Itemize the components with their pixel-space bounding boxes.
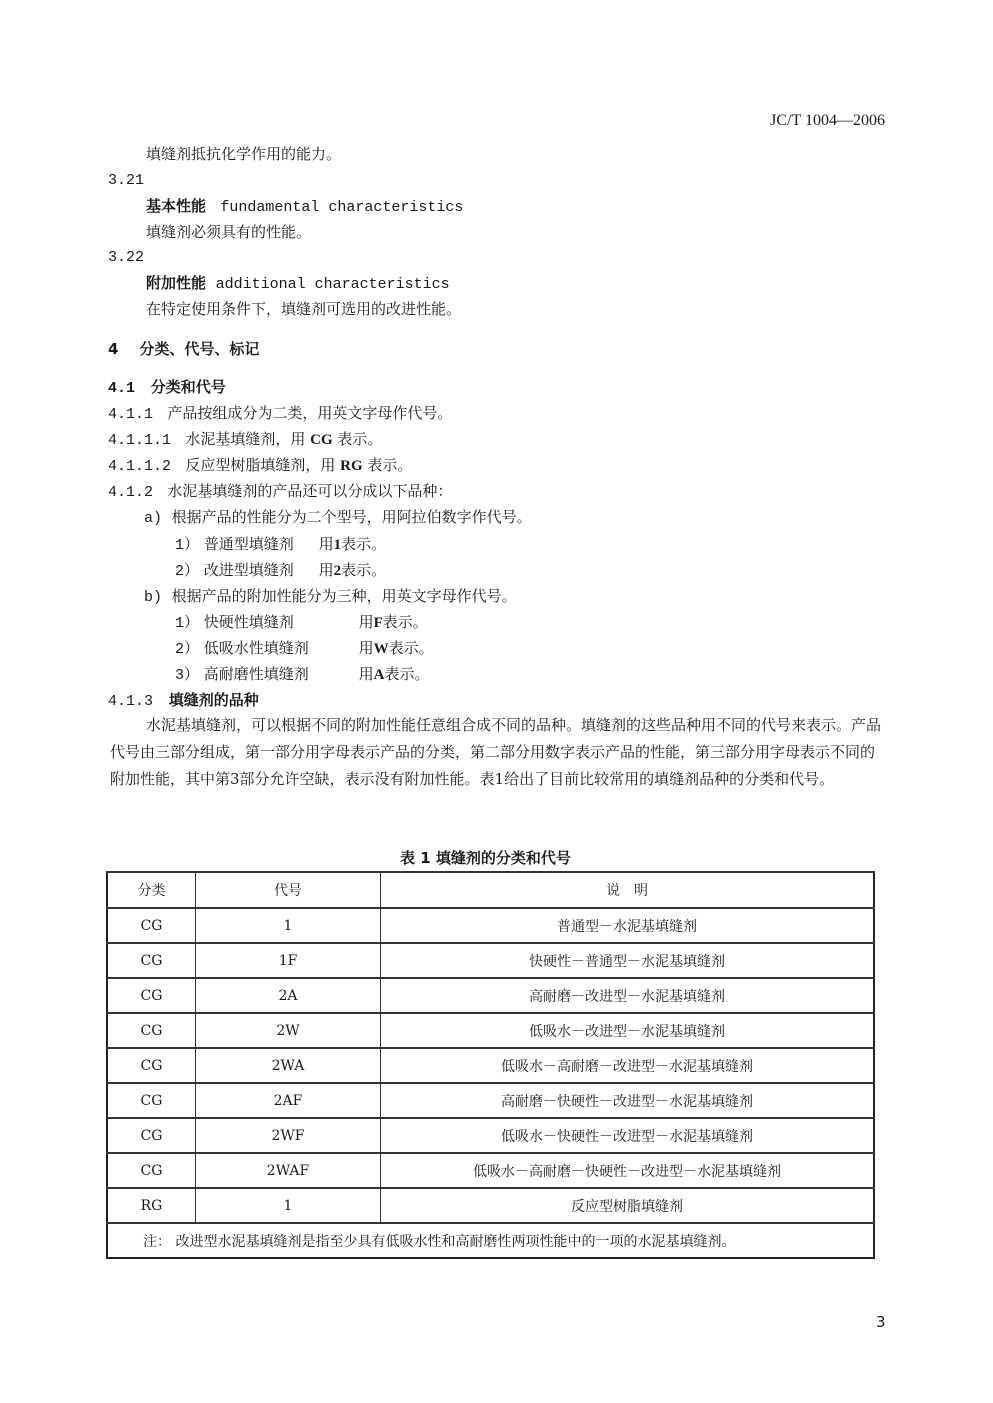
sub-pre: 用	[359, 613, 374, 631]
code-cg: CG	[310, 432, 333, 448]
section-title: 填缝剂的品种	[169, 691, 259, 709]
table-row: CG 1F 快硬性－普通型－水泥基填缝剂	[107, 943, 874, 978]
cell-code: 2A	[196, 978, 381, 1013]
term-cn: 附加性能	[146, 274, 206, 292]
section-number: 4.1	[108, 380, 135, 397]
table-note-row: 注： 改进型水泥基填缝剂是指至少具有低吸水性和高耐磨性两项性能中的一项的水泥基填…	[107, 1223, 874, 1258]
cell-category: CG	[107, 1013, 196, 1048]
list-item-b: b) 根据产品的附加性能分为三种，用英文字母作代号。	[144, 585, 517, 609]
sub-code: A	[374, 667, 385, 683]
list-item-a: a) 根据产品的性能分为二个型号，用阿拉伯数字作代号。	[144, 506, 532, 530]
section-4-1-3-heading: 4.1.3 填缝剂的品种	[108, 689, 259, 713]
table-row: CG 2WA 低吸水－高耐磨－改进型－水泥基填缝剂	[107, 1048, 874, 1083]
table-caption: 表 1 填缝剂的分类和代号	[400, 847, 571, 868]
sub-post: 表示。	[341, 561, 386, 579]
table-row: CG 1 普通型－水泥基填缝剂	[107, 908, 874, 943]
clause-4-1-2: 4.1.2 水泥基填缝剂的产品还可以分成以下品种：	[108, 480, 452, 504]
section-number: 4	[108, 340, 118, 358]
cell-description: 高耐磨－改进型－水泥基填缝剂	[381, 978, 875, 1013]
section-title: 分类和代号	[151, 378, 226, 396]
clause-4-1-1-1: 4.1.1.1 水泥基填缝剂，用 CG 表示。	[108, 428, 382, 452]
clause-3-21-definition: 填缝剂必须具有的性能。	[146, 221, 311, 243]
list-item-a-1: 1） 普通型填缝剂 用1表示。	[175, 533, 386, 557]
section-title: 分类、代号、标记	[139, 340, 259, 358]
cell-category: CG	[107, 1083, 196, 1118]
list-item-b-3: 3） 高耐磨性填缝剂 用A表示。	[175, 663, 429, 687]
section-4-1-3-paragraph: 水泥基填缝剂，可以根据不同的附加性能任意组合成不同的品种。填缝剂的这些品种用不同…	[110, 712, 886, 793]
sub-code: 1	[334, 537, 342, 553]
list-text: 根据产品的性能分为二个型号，用阿拉伯数字作代号。	[172, 508, 532, 526]
cell-description: 快硬性－普通型－水泥基填缝剂	[381, 943, 875, 978]
sub-name: 快硬性填缝剂	[204, 611, 354, 633]
sub-label: 2）	[175, 641, 199, 658]
clause-3-21-term: 基本性能 fundamental characteristics	[146, 195, 463, 219]
clause-text-end: 表示。	[363, 456, 413, 474]
sub-name: 普通型填缝剂	[204, 533, 314, 555]
sub-post: 表示。	[383, 613, 428, 631]
clause-number-3-21: 3.21	[108, 170, 144, 192]
section-4-heading: 4 分类、代号、标记	[108, 338, 259, 360]
sub-label: 1）	[175, 537, 199, 554]
header-category: 分类	[107, 872, 196, 908]
clause-3-22-definition: 在特定使用条件下，填缝剂可选用的改进性能。	[146, 298, 461, 320]
cell-code: 1F	[196, 943, 381, 978]
clause-text: 产品按组成分为二类，用英文字母作代号。	[167, 404, 452, 422]
clause-4-1-1-2: 4.1.1.2 反应型树脂填缝剂，用 RG 表示。	[108, 454, 412, 478]
cell-description: 低吸水－高耐磨－改进型－水泥基填缝剂	[381, 1048, 875, 1083]
list-item-b-2: 2） 低吸水性填缝剂 用W表示。	[175, 637, 434, 661]
cell-code: 1	[196, 1188, 381, 1223]
cell-description: 低吸水－改进型－水泥基填缝剂	[381, 1013, 875, 1048]
document-page: JC/T 1004—2006 填缝剂抵抗化学作用的能力。 3.21 基本性能 f…	[0, 0, 993, 1403]
cell-category: CG	[107, 1048, 196, 1083]
sub-label: 3）	[175, 667, 199, 684]
cell-category: CG	[107, 978, 196, 1013]
sub-name: 低吸水性填缝剂	[204, 637, 354, 659]
section-4-1-heading: 4.1 分类和代号	[108, 376, 226, 400]
table-row: RG 1 反应型树脂填缝剂	[107, 1188, 874, 1223]
clause-number-3-22: 3.22	[108, 247, 144, 269]
clause-3-22-term: 附加性能 additional characteristics	[146, 272, 450, 296]
sub-post: 表示。	[341, 535, 386, 553]
list-label: b)	[144, 589, 162, 606]
clause-number: 4.1.1	[108, 406, 153, 423]
cell-category: CG	[107, 908, 196, 943]
header-description: 说 明	[381, 872, 875, 908]
list-text: 根据产品的附加性能分为三种，用英文字母作代号。	[172, 587, 517, 605]
clause-4-1-1: 4.1.1 产品按组成分为二类，用英文字母作代号。	[108, 402, 452, 426]
page-number: 3	[876, 1313, 886, 1331]
cell-description: 低吸水－快硬性－改进型－水泥基填缝剂	[381, 1118, 875, 1153]
cell-code: 2W	[196, 1013, 381, 1048]
sub-code: W	[374, 641, 389, 657]
clause-text: 水泥基填缝剂的产品还可以分成以下品种：	[167, 482, 452, 500]
table-row: CG 2AF 高耐磨－快硬性－改进型－水泥基填缝剂	[107, 1083, 874, 1118]
clause-number: 4.1.1.1	[108, 432, 171, 449]
table-row: CG 2WF 低吸水－快硬性－改进型－水泥基填缝剂	[107, 1118, 874, 1153]
clause-text-end: 表示。	[333, 430, 383, 448]
term-en: fundamental characteristics	[220, 199, 463, 216]
table-row: CG 2W 低吸水－改进型－水泥基填缝剂	[107, 1013, 874, 1048]
sub-post: 表示。	[384, 665, 429, 683]
table-header-row: 分类 代号 说 明	[107, 872, 874, 908]
sub-code: F	[374, 615, 383, 631]
header-code: 代号	[196, 872, 381, 908]
cell-description: 反应型树脂填缝剂	[381, 1188, 875, 1223]
section-number: 4.1.3	[108, 693, 153, 710]
sub-label: 2）	[175, 563, 199, 580]
classification-table: 分类 代号 说 明 CG 1 普通型－水泥基填缝剂 CG 1F 快硬性－普通型－…	[106, 871, 875, 1259]
cell-code: 2WA	[196, 1048, 381, 1083]
list-item-b-1: 1） 快硬性填缝剂 用F表示。	[175, 611, 428, 635]
sub-code: 2	[334, 563, 342, 579]
table-note: 注： 改进型水泥基填缝剂是指至少具有低吸水性和高耐磨性两项性能中的一项的水泥基填…	[107, 1223, 874, 1258]
cell-code: 2AF	[196, 1083, 381, 1118]
previous-definition-tail: 填缝剂抵抗化学作用的能力。	[146, 143, 341, 165]
clause-text: 水泥基填缝剂，用	[185, 430, 310, 448]
cell-category: CG	[107, 1153, 196, 1188]
standard-number: JC/T 1004—2006	[770, 112, 885, 130]
cell-code: 1	[196, 908, 381, 943]
term-en: additional characteristics	[216, 276, 450, 293]
cell-description: 普通型－水泥基填缝剂	[381, 908, 875, 943]
cell-code: 2WAF	[196, 1153, 381, 1188]
sub-name: 高耐磨性填缝剂	[204, 663, 354, 685]
cell-category: CG	[107, 1118, 196, 1153]
cell-category: RG	[107, 1188, 196, 1223]
list-item-a-2: 2） 改进型填缝剂 用2表示。	[175, 559, 386, 583]
sub-label: 1）	[175, 615, 199, 632]
code-rg: RG	[340, 458, 363, 474]
term-cn: 基本性能	[146, 197, 206, 215]
sub-pre: 用	[319, 535, 334, 553]
list-label: a)	[144, 510, 162, 527]
sub-name: 改进型填缝剂	[204, 559, 314, 581]
sub-post: 表示。	[389, 639, 434, 657]
cell-category: CG	[107, 943, 196, 978]
clause-text: 反应型树脂填缝剂，用	[185, 456, 340, 474]
sub-pre: 用	[359, 665, 374, 683]
sub-pre: 用	[319, 561, 334, 579]
cell-description: 低吸水－高耐磨－快硬性－改进型－水泥基填缝剂	[381, 1153, 875, 1188]
sub-pre: 用	[359, 639, 374, 657]
cell-description: 高耐磨－快硬性－改进型－水泥基填缝剂	[381, 1083, 875, 1118]
cell-code: 2WF	[196, 1118, 381, 1153]
table-row: CG 2WAF 低吸水－高耐磨－快硬性－改进型－水泥基填缝剂	[107, 1153, 874, 1188]
clause-number: 4.1.1.2	[108, 458, 171, 475]
table-row: CG 2A 高耐磨－改进型－水泥基填缝剂	[107, 978, 874, 1013]
clause-number: 4.1.2	[108, 484, 153, 501]
